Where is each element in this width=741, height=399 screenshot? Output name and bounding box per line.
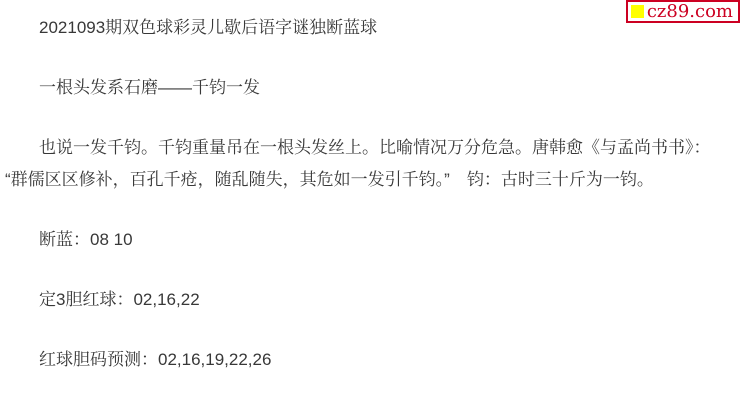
article-content: 2021093期双色球彩灵儿歇后语字谜独断蓝球 一根头发系石磨——千钧一发 也说… — [0, 0, 741, 376]
explanation-line-1: 也说一发千钧。千钧重量吊在一根头发丝上。比喻情况万分危急。唐韩愈《与孟尚书书》： — [5, 132, 736, 164]
prediction-red-3-dan-value: 02,16,22 — [133, 290, 199, 309]
site-logo[interactable]: cz89.com — [626, 0, 740, 23]
prediction-blue-exclusion: 断蓝：08 10 — [5, 224, 736, 256]
prediction-red-dan-codes: 红球胆码预测：02,16,19,22,26 — [5, 344, 736, 376]
explanation-paragraph: 也说一发千钧。千钧重量吊在一根头发丝上。比喻情况万分危急。唐韩愈《与孟尚书书》：… — [5, 132, 736, 196]
site-logo-text: cz89.com — [647, 3, 733, 21]
prediction-red-3-dan: 定3胆红球：02,16,22 — [5, 284, 736, 316]
prediction-red-dan-codes-label: 红球胆码预测： — [39, 350, 158, 369]
logo-yellow-square-icon — [631, 5, 644, 18]
prediction-red-3-dan-label: 定3胆红球： — [39, 290, 133, 309]
prediction-blue-exclusion-value: 08 10 — [90, 230, 133, 249]
riddle-text: 一根头发系石磨——千钧一发 — [5, 72, 736, 104]
explanation-line-2: “群儒区区修补，百孔千疮，随乱随失，其危如一发引千钧。” 钧：古时三十斤为一钧。 — [5, 164, 736, 196]
prediction-red-dan-codes-value: 02,16,19,22,26 — [158, 350, 271, 369]
prediction-blue-exclusion-label: 断蓝： — [39, 230, 90, 249]
